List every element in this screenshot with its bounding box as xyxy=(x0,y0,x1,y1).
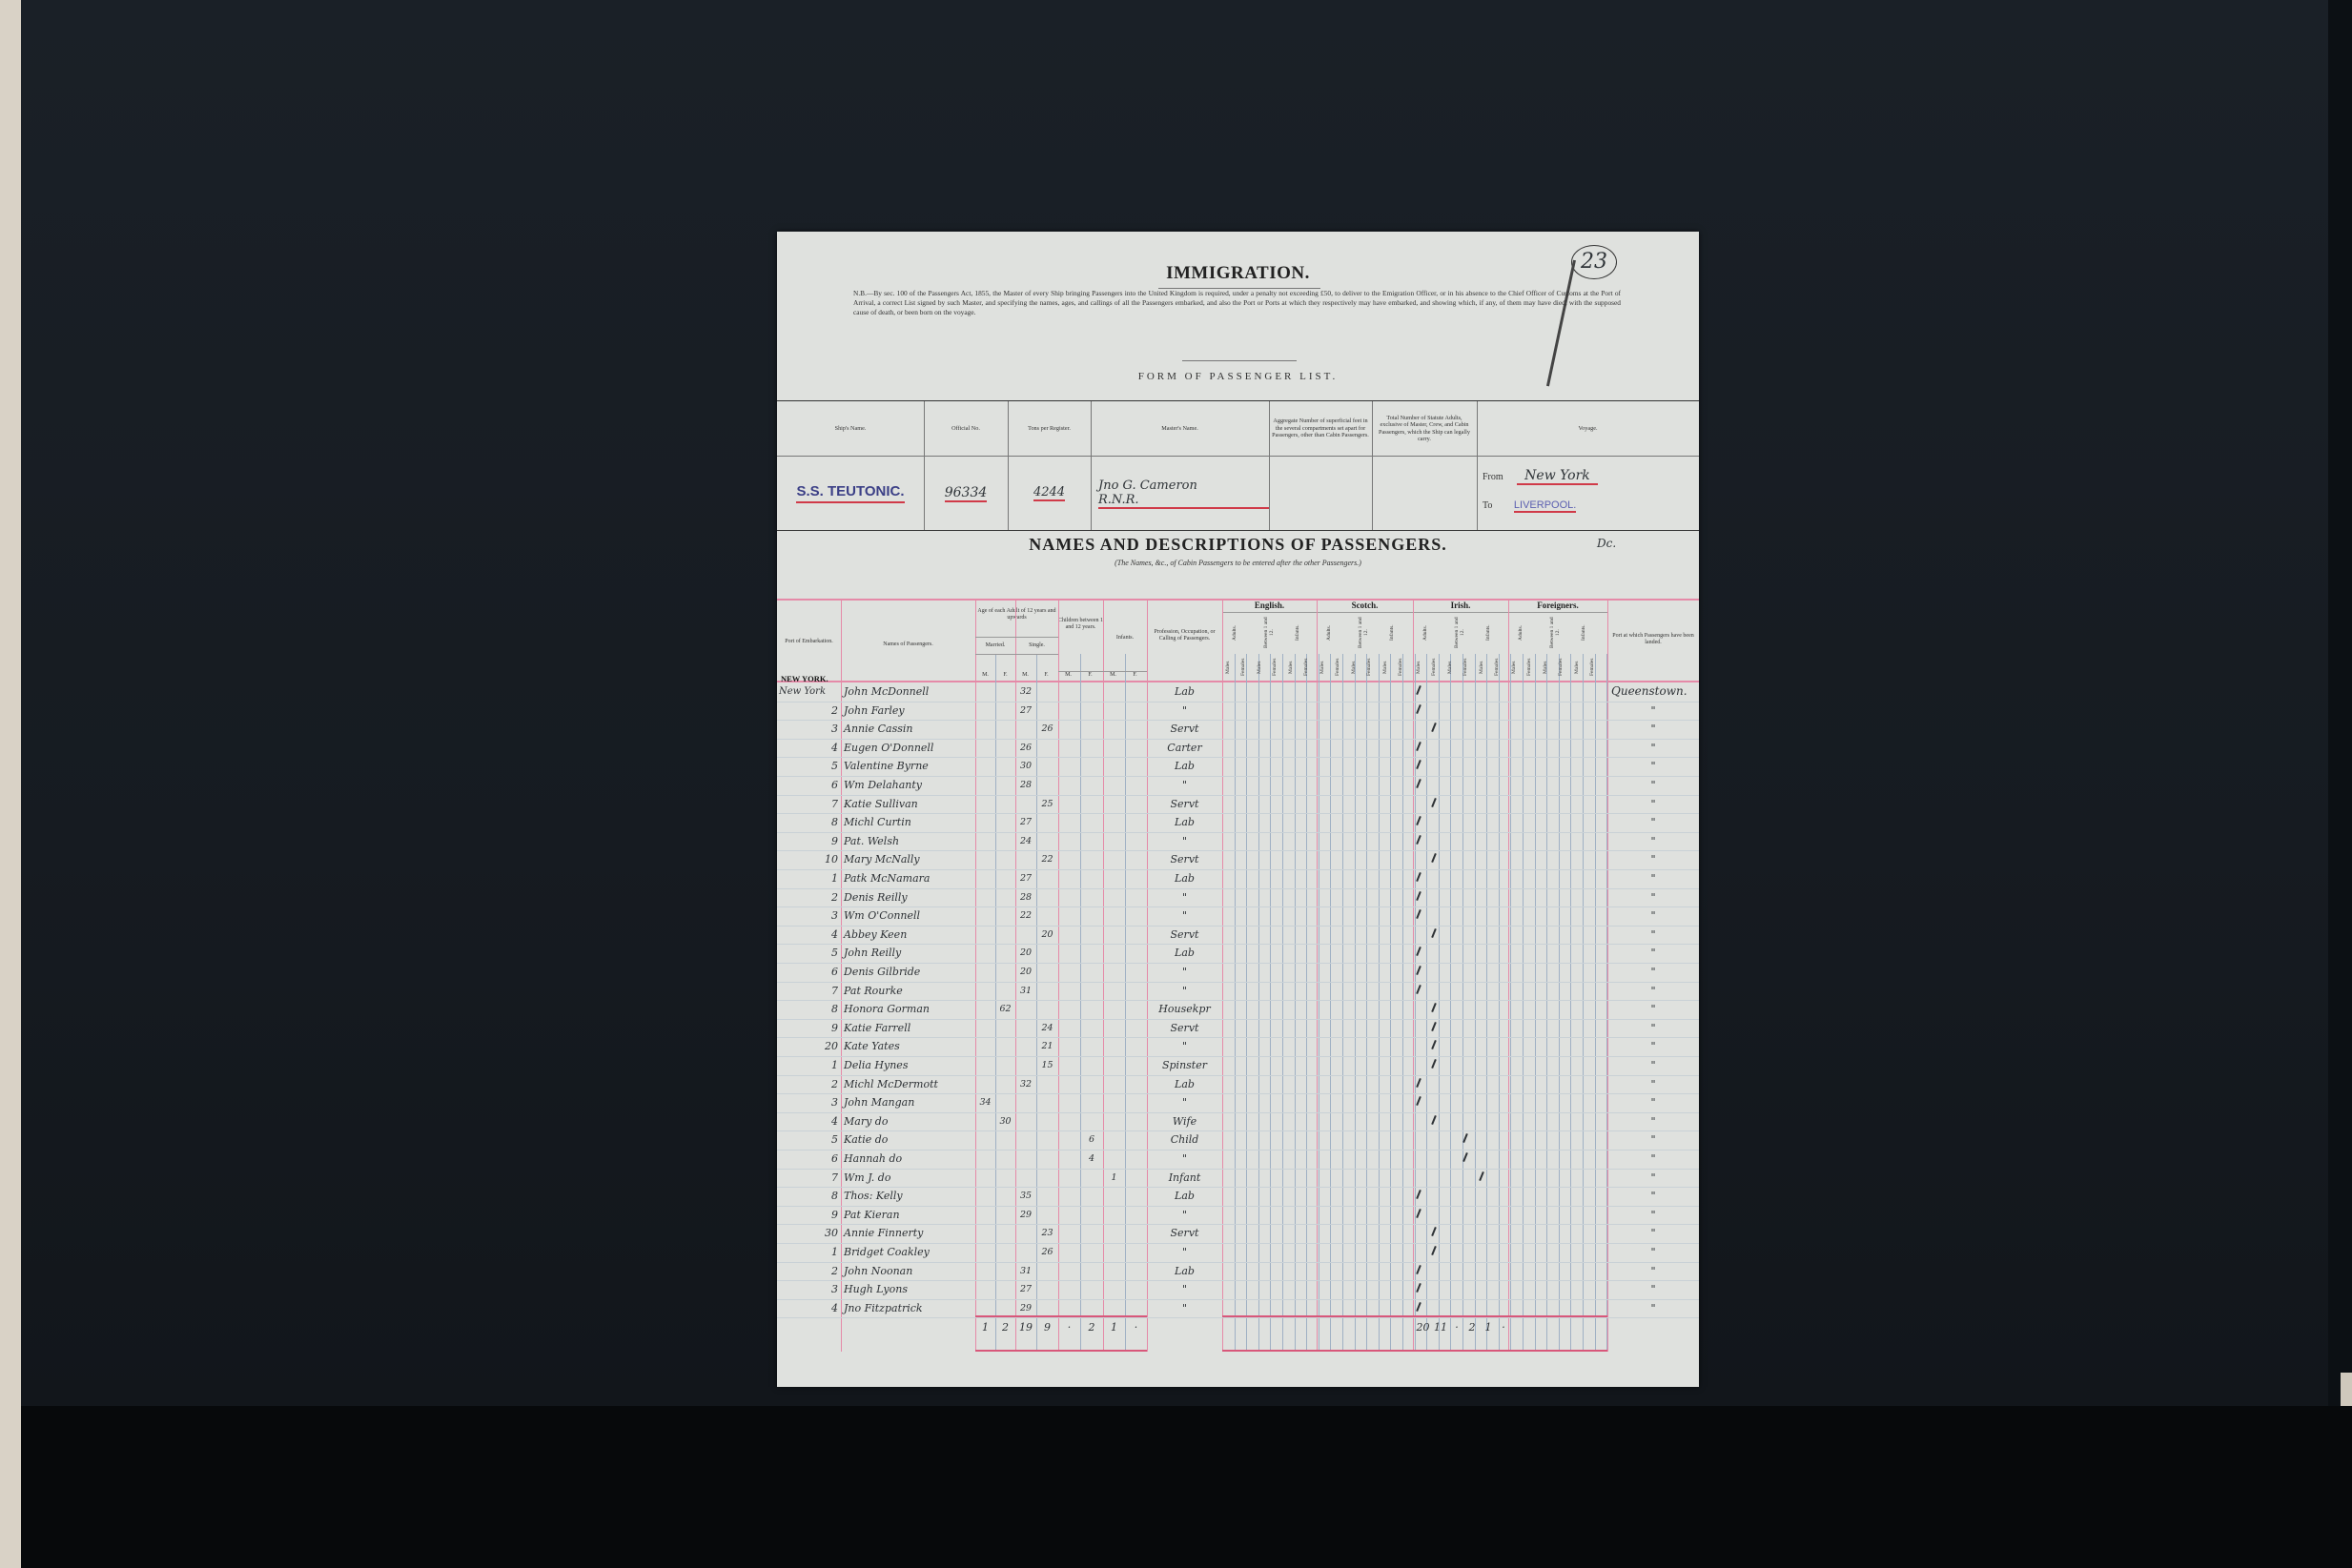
total-irish-child-f: 2 xyxy=(1464,1319,1480,1336)
age-single-f: 26 xyxy=(1036,720,1058,739)
passenger-row: 3John Mangan34"" xyxy=(777,1093,1699,1112)
passenger-name: Michl McDermott xyxy=(844,1075,975,1094)
sex-column-label: Females xyxy=(1494,656,1500,679)
age-single-m: 24 xyxy=(1015,832,1036,851)
passenger-number: 8 xyxy=(779,1187,838,1206)
age-single-m: 35 xyxy=(1015,1187,1036,1206)
master-value: Jno G. Cameron R.N.R. xyxy=(1098,479,1269,509)
passenger-number: 7 xyxy=(779,982,838,1001)
single-header: Single. xyxy=(1015,642,1058,649)
age-single-f: 24 xyxy=(1036,1019,1058,1038)
irish-tally-mark xyxy=(1416,891,1421,901)
passenger-row: 7Katie Sullivan25Servt" xyxy=(777,795,1699,814)
passenger-number: 8 xyxy=(779,813,838,832)
occupation: " xyxy=(1147,906,1222,926)
passenger-name: Pat Kieran xyxy=(844,1206,975,1225)
official-no-col: Official No. 96334 xyxy=(924,401,1009,530)
group-irish: Irish. xyxy=(1413,601,1508,610)
passenger-number: 2 xyxy=(779,888,838,907)
subgroup-label: Infants. xyxy=(1295,616,1300,650)
port-landed: " xyxy=(1607,1150,1699,1169)
passenger-number: 5 xyxy=(779,944,838,963)
passenger-row: 5Katie do6Child" xyxy=(777,1130,1699,1150)
total-married-f: 2 xyxy=(995,1319,1015,1336)
from-value: New York xyxy=(1517,468,1598,485)
passenger-row: 6Denis Gilbride20"" xyxy=(777,963,1699,982)
age-single-m: 30 xyxy=(1015,757,1036,776)
irish-tally-mark xyxy=(1431,1003,1437,1012)
total-irish-infant-m: 1 xyxy=(1481,1319,1496,1336)
total-adults-value xyxy=(1372,457,1477,530)
total-irish-infant-f: · xyxy=(1496,1319,1511,1336)
occupation: Infant xyxy=(1147,1169,1222,1188)
aggregate-col: Aggregate Number of superficial feet in … xyxy=(1269,401,1373,530)
passenger-row: 9Pat Kieran29"" xyxy=(777,1206,1699,1225)
sex-column-label: Females xyxy=(1366,656,1372,679)
passenger-name: Michl Curtin xyxy=(844,813,975,832)
passenger-row: 4Mary do30Wife" xyxy=(777,1112,1699,1131)
sex-f-label: F. xyxy=(1125,672,1145,679)
passenger-number: 6 xyxy=(779,963,838,982)
port-landed: " xyxy=(1607,1187,1699,1206)
total-infant-f: · xyxy=(1125,1319,1147,1336)
sex-column-label: Females xyxy=(1431,656,1437,679)
age-single-m: 27 xyxy=(1015,702,1036,721)
passenger-number: 10 xyxy=(779,850,838,869)
header-rule xyxy=(1015,654,1058,655)
sex-column-label: Males xyxy=(1479,656,1484,679)
passenger-name: Kate Yates xyxy=(844,1037,975,1056)
passenger-number: 3 xyxy=(779,720,838,739)
occupation: " xyxy=(1147,1150,1222,1169)
passenger-number: 1 xyxy=(779,1243,838,1262)
subgroup-label: Adults. xyxy=(1326,616,1332,650)
group-scotch: Scotch. xyxy=(1317,601,1413,610)
passenger-name: John McDonnell xyxy=(844,682,975,702)
sex-column-label: Males xyxy=(1225,656,1231,679)
totals-rule xyxy=(975,1350,1147,1352)
age-single-m: 27 xyxy=(1015,869,1036,888)
occupation: Lab xyxy=(1147,1262,1222,1281)
occupation: Lab xyxy=(1147,944,1222,963)
passenger-name: Annie Finnerty xyxy=(844,1224,975,1243)
port-landed: " xyxy=(1607,813,1699,832)
occupation: " xyxy=(1147,982,1222,1001)
occupation: Spinster xyxy=(1147,1056,1222,1075)
passenger-number: 20 xyxy=(779,1037,838,1056)
passenger-number: 4 xyxy=(779,1299,838,1318)
irish-tally-mark xyxy=(1462,1133,1468,1143)
occupation: " xyxy=(1147,1243,1222,1262)
occupation: Servt xyxy=(1147,1019,1222,1038)
header-rule xyxy=(975,654,1015,655)
passenger-row: 2Michl McDermott32Lab" xyxy=(777,1075,1699,1094)
passenger-row: 8Honora Gorman62Housekpr" xyxy=(777,1000,1699,1019)
occupation: Servt xyxy=(1147,850,1222,869)
passenger-row: 3Wm O'Connell22"" xyxy=(777,906,1699,926)
legal-notice: N.B.—By sec. 100 of the Passengers Act, … xyxy=(853,289,1621,317)
irish-tally-mark xyxy=(1431,853,1437,863)
passengers-subtitle: (The Names, &c., of Cabin Passengers to … xyxy=(777,559,1699,567)
age-infant-m: 1 xyxy=(1103,1169,1125,1188)
passenger-name: Pat. Welsh xyxy=(844,832,975,851)
sex-column-label: Males xyxy=(1351,656,1357,679)
sex-column-label: Males xyxy=(1447,656,1453,679)
age-single-m: 20 xyxy=(1015,963,1036,982)
passenger-name: John Farley xyxy=(844,702,975,721)
passenger-row: 6Wm Delahanty28"" xyxy=(777,776,1699,795)
irish-tally-mark xyxy=(1431,1040,1437,1049)
sex-column-label: Females xyxy=(1303,656,1309,679)
age-single-m: 29 xyxy=(1015,1206,1036,1225)
total-child-f: 2 xyxy=(1080,1319,1103,1336)
port-landed: " xyxy=(1607,1280,1699,1299)
occupation: " xyxy=(1147,1206,1222,1225)
port-landed: " xyxy=(1607,869,1699,888)
total-infant-m: 1 xyxy=(1103,1319,1125,1336)
passenger-number: 1 xyxy=(779,869,838,888)
irish-tally-mark xyxy=(1416,1190,1421,1199)
passenger-name: John Reilly xyxy=(844,944,975,963)
port-embarkation-header: Port of Embarkation. xyxy=(777,639,841,645)
passenger-row: 7Pat Rourke31"" xyxy=(777,982,1699,1001)
ship-name-value: S.S. TEUTONIC. xyxy=(796,483,904,503)
names-header: Names of Passengers. xyxy=(841,641,975,648)
port-landed: " xyxy=(1607,1299,1699,1318)
port-landed: " xyxy=(1607,888,1699,907)
passenger-row: 4Eugen O'Donnell26Carter" xyxy=(777,739,1699,758)
passenger-row: 8Thos: Kelly35Lab" xyxy=(777,1187,1699,1206)
irish-tally-mark xyxy=(1416,816,1421,825)
age-single-m: 32 xyxy=(1015,682,1036,702)
passenger-name: Denis Reilly xyxy=(844,888,975,907)
voyage-col: Voyage. From New York To LIVERPOOL. xyxy=(1477,401,1699,530)
subgroup-label: Adults. xyxy=(1232,616,1237,650)
occupation: " xyxy=(1147,832,1222,851)
voyage-from: From New York xyxy=(1483,468,1598,483)
subgroup-label: Infants. xyxy=(1581,616,1586,650)
port-landed: " xyxy=(1607,906,1699,926)
passenger-row: 6Hannah do4"" xyxy=(777,1150,1699,1169)
irish-tally-mark xyxy=(1416,872,1421,882)
sex-column-label: Females xyxy=(1526,656,1532,679)
passenger-row: 4Abbey Keen20Servt" xyxy=(777,926,1699,945)
age-single-m: 31 xyxy=(1015,982,1036,1001)
passenger-number: 6 xyxy=(779,776,838,795)
sex-column-label: Males xyxy=(1319,656,1325,679)
passenger-number: New York xyxy=(779,682,840,702)
sex-column-label: Females xyxy=(1462,656,1468,679)
passenger-number: 6 xyxy=(779,1150,838,1169)
total-single-f: 9 xyxy=(1036,1319,1058,1336)
irish-tally-mark xyxy=(1416,760,1421,769)
tons-value: 4244 xyxy=(1033,485,1065,501)
passenger-row: 20Kate Yates21"" xyxy=(777,1037,1699,1056)
occupation: " xyxy=(1147,963,1222,982)
irish-tally-mark xyxy=(1479,1171,1484,1181)
occupation: Carter xyxy=(1147,739,1222,758)
port-landed: " xyxy=(1607,1262,1699,1281)
irish-tally-mark xyxy=(1431,723,1437,732)
passenger-name: Katie Farrell xyxy=(844,1019,975,1038)
irish-tally-mark xyxy=(1431,1227,1437,1236)
irish-tally-mark xyxy=(1416,947,1421,956)
irish-tally-mark xyxy=(1416,1078,1421,1088)
passenger-list-page: IMMIGRATION. 23 N.B.—By sec. 100 of the … xyxy=(777,232,1699,1387)
from-label: From xyxy=(1483,472,1503,482)
irish-tally-mark xyxy=(1431,1246,1437,1255)
sex-column-label: Males xyxy=(1257,656,1262,679)
to-label: To xyxy=(1483,500,1492,511)
sex-column-label: Males xyxy=(1382,656,1388,679)
passenger-row: 1Bridget Coakley26"" xyxy=(777,1243,1699,1262)
passenger-row: 8Michl Curtin27Lab" xyxy=(777,813,1699,832)
passenger-row: 7Wm J. do1Infant" xyxy=(777,1169,1699,1188)
passenger-row: 30Annie Finnerty23Servt" xyxy=(777,1224,1699,1243)
port-landed: " xyxy=(1607,1243,1699,1262)
header-rule xyxy=(975,637,1058,638)
passenger-name: John Mangan xyxy=(844,1093,975,1112)
port-landed: " xyxy=(1607,776,1699,795)
passenger-number: 5 xyxy=(779,1130,838,1150)
sex-f-label: F. xyxy=(1080,672,1100,679)
to-value: LIVERPOOL. xyxy=(1514,499,1576,513)
sex-column-label: Females xyxy=(1272,656,1278,679)
subgroup-label: Between 1 and 12. xyxy=(1549,616,1561,650)
official-no-value: 96334 xyxy=(945,485,988,502)
sex-m-label: M. xyxy=(1058,672,1078,679)
occupation: " xyxy=(1147,1093,1222,1112)
passenger-number: 5 xyxy=(779,757,838,776)
page-number: 23 xyxy=(1571,245,1617,279)
passenger-name: Jno Fitzpatrick xyxy=(844,1299,975,1318)
port-landed: " xyxy=(1607,757,1699,776)
master-header: Master's Name. xyxy=(1091,401,1269,457)
port-landed: " xyxy=(1607,963,1699,982)
passenger-row: 9Katie Farrell24Servt" xyxy=(777,1019,1699,1038)
passenger-name: Hannah do xyxy=(844,1150,975,1169)
sex-m-label: M. xyxy=(1015,672,1035,679)
age-single-m: 27 xyxy=(1015,813,1036,832)
passenger-name: Wm J. do xyxy=(844,1169,975,1188)
passenger-number: 1 xyxy=(779,1056,838,1075)
irish-tally-mark xyxy=(1416,1302,1421,1312)
irish-tally-mark xyxy=(1416,685,1421,695)
aggregate-value xyxy=(1269,457,1372,530)
sex-column-label: Females xyxy=(1335,656,1340,679)
occupation: Lab xyxy=(1147,682,1222,702)
port-landed: " xyxy=(1607,739,1699,758)
passenger-name: Honora Gorman xyxy=(844,1000,975,1019)
age-single-m: 31 xyxy=(1015,1262,1036,1281)
age-child-f: 6 xyxy=(1080,1130,1103,1150)
passenger-number: 3 xyxy=(779,906,838,926)
passenger-number: 30 xyxy=(779,1224,838,1243)
port-landed: " xyxy=(1607,944,1699,963)
divider xyxy=(1182,360,1297,361)
ship-name-header: Ship's Name. xyxy=(777,401,924,457)
irish-tally-mark xyxy=(1416,704,1421,714)
age-married-f: 30 xyxy=(995,1112,1015,1131)
group-foreigners: Foreigners. xyxy=(1508,601,1607,610)
sex-column-label: Males xyxy=(1543,656,1548,679)
irish-tally-mark xyxy=(1416,1209,1421,1218)
age-single-m: 28 xyxy=(1015,888,1036,907)
port-landed: " xyxy=(1607,926,1699,945)
passenger-row: 2Denis Reilly28"" xyxy=(777,888,1699,907)
occupation: Servt xyxy=(1147,1224,1222,1243)
passenger-name: Mary McNally xyxy=(844,850,975,869)
age-single-m: 27 xyxy=(1015,1280,1036,1299)
port-landed: " xyxy=(1607,982,1699,1001)
totals-rule xyxy=(1222,1315,1607,1317)
subgroup-label: Between 1 and 12. xyxy=(1263,616,1275,650)
total-married-m: 1 xyxy=(975,1319,995,1336)
passenger-row: 5John Reilly20Lab" xyxy=(777,944,1699,963)
total-adults-col: Total Number of Statute Adults, exclusiv… xyxy=(1372,401,1478,530)
totals-rule xyxy=(975,1315,1147,1317)
passenger-name: Patk McNamara xyxy=(844,869,975,888)
ship-name-col: Ship's Name. S.S. TEUTONIC. xyxy=(777,401,925,530)
occupation: Lab xyxy=(1147,1187,1222,1206)
age-single-m: 28 xyxy=(1015,776,1036,795)
port-landed: " xyxy=(1607,1000,1699,1019)
sex-f-label: F. xyxy=(995,672,1015,679)
port-landed: " xyxy=(1607,1093,1699,1112)
subgroup-label: Between 1 and 12. xyxy=(1454,616,1465,650)
total-adults-header: Total Number of Statute Adults, exclusiv… xyxy=(1372,401,1477,457)
form-subtitle: FORM OF PASSENGER LIST. xyxy=(777,371,1699,382)
port-landed: " xyxy=(1607,1224,1699,1243)
irish-tally-mark xyxy=(1416,779,1421,788)
irish-tally-mark xyxy=(1416,1096,1421,1106)
passenger-number: 9 xyxy=(779,1019,838,1038)
passenger-row: 2John Noonan31Lab" xyxy=(777,1262,1699,1281)
aggregate-header: Aggregate Number of superficial feet in … xyxy=(1269,401,1372,457)
passenger-number: 4 xyxy=(779,739,838,758)
port-landed: " xyxy=(1607,850,1699,869)
port-landed: " xyxy=(1607,1037,1699,1056)
passenger-name: Mary do xyxy=(844,1112,975,1131)
irish-tally-mark xyxy=(1431,798,1437,807)
occupation: Lab xyxy=(1147,813,1222,832)
passenger-name: Wm O'Connell xyxy=(844,906,975,926)
occupation: Lab xyxy=(1147,757,1222,776)
age-single-f: 26 xyxy=(1036,1243,1058,1262)
subgroup-label: Between 1 and 12. xyxy=(1358,616,1369,650)
total-irish-adult-m: 20 xyxy=(1413,1319,1433,1336)
occupation: " xyxy=(1147,1037,1222,1056)
profession-header: Profession, Occupation, or Calling of Pa… xyxy=(1147,629,1222,642)
passenger-row: 9Pat. Welsh24"" xyxy=(777,832,1699,851)
port-landed: " xyxy=(1607,1169,1699,1188)
occupation: Servt xyxy=(1147,926,1222,945)
passenger-number: 4 xyxy=(779,926,838,945)
sex-column-label: Females xyxy=(1589,656,1595,679)
port-landed: " xyxy=(1607,795,1699,814)
passengers-title: NAMES AND DESCRIPTIONS OF PASSENGERS. xyxy=(777,535,1699,555)
passenger-name: Katie do xyxy=(844,1130,975,1150)
row-rule xyxy=(777,1317,1699,1318)
age-married-f: 62 xyxy=(995,1000,1015,1019)
tons-header: Tons per Register. xyxy=(1008,401,1091,457)
age-single-f: 23 xyxy=(1036,1224,1058,1243)
passenger-table: Port of Embarkation. NEW YORK. Names of … xyxy=(777,599,1699,1352)
passenger-row: 3Hugh Lyons27"" xyxy=(777,1280,1699,1299)
port-landed: " xyxy=(1607,1206,1699,1225)
passenger-number: 2 xyxy=(779,1262,838,1281)
sex-column-label: Males xyxy=(1288,656,1294,679)
age-child-f: 4 xyxy=(1080,1150,1103,1169)
sex-column-label: Females xyxy=(1558,656,1564,679)
occupation: Servt xyxy=(1147,720,1222,739)
age-single-f: 15 xyxy=(1036,1056,1058,1075)
passenger-name: John Noonan xyxy=(844,1262,975,1281)
occupation: " xyxy=(1147,1299,1222,1318)
passenger-name: Eugen O'Donnell xyxy=(844,739,975,758)
official-no-header: Official No. xyxy=(924,401,1008,457)
subgroup-label: Adults. xyxy=(1422,616,1428,650)
occupation: Lab xyxy=(1147,1075,1222,1094)
occupation: " xyxy=(1147,702,1222,721)
occupation: Housekpr xyxy=(1147,1000,1222,1019)
passenger-number: 2 xyxy=(779,1075,838,1094)
married-header: Married. xyxy=(975,642,1015,649)
irish-tally-mark xyxy=(1431,1115,1437,1125)
irish-tally-mark xyxy=(1462,1152,1468,1162)
irish-tally-mark xyxy=(1416,909,1421,919)
subgroup-label: Infants. xyxy=(1485,616,1491,650)
passenger-row: New YorkJohn McDonnell32LabQueenstown. xyxy=(777,682,1699,702)
passenger-number: 4 xyxy=(779,1112,838,1131)
age-single-f: 21 xyxy=(1036,1037,1058,1056)
port-landed: " xyxy=(1607,1130,1699,1150)
background-bottom xyxy=(21,1406,2352,1568)
passenger-row: 1Patk McNamara27Lab" xyxy=(777,869,1699,888)
total-child-m: · xyxy=(1058,1319,1080,1336)
age-single-f: 22 xyxy=(1036,850,1058,869)
passenger-name: Annie Cassin xyxy=(844,720,975,739)
subgroup-label: Infants. xyxy=(1389,616,1395,650)
subgroup-label: Adults. xyxy=(1518,616,1524,650)
passenger-number: 9 xyxy=(779,832,838,851)
passenger-number: 7 xyxy=(779,795,838,814)
passenger-name: Abbey Keen xyxy=(844,926,975,945)
irish-tally-mark xyxy=(1416,835,1421,845)
irish-tally-mark xyxy=(1416,1265,1421,1274)
master-col: Master's Name. Jno G. Cameron R.N.R. xyxy=(1091,401,1270,530)
sex-m-label: M. xyxy=(975,672,995,679)
sex-column-label: Males xyxy=(1416,656,1421,679)
passenger-row: 2John Farley27"" xyxy=(777,702,1699,721)
age-single-m: 32 xyxy=(1015,1075,1036,1094)
port-landed: " xyxy=(1607,1075,1699,1094)
passenger-number: 9 xyxy=(779,1206,838,1225)
sex-column-label: Males xyxy=(1574,656,1580,679)
passenger-row: 1Delia Hynes15Spinster" xyxy=(777,1056,1699,1075)
passenger-name: Katie Sullivan xyxy=(844,795,975,814)
tons-col: Tons per Register. 4244 xyxy=(1008,401,1092,530)
occupation: Servt xyxy=(1147,795,1222,814)
passenger-row: 10Mary McNally22Servt" xyxy=(777,850,1699,869)
background-left-edge xyxy=(0,0,21,1568)
age-single-f: 20 xyxy=(1036,926,1058,945)
form-title: IMMIGRATION. xyxy=(777,263,1699,284)
voyage-header: Voyage. xyxy=(1477,401,1699,457)
occupation: " xyxy=(1147,1280,1222,1299)
passenger-row: 3Annie Cassin26Servt" xyxy=(777,720,1699,739)
port-landed: " xyxy=(1607,832,1699,851)
